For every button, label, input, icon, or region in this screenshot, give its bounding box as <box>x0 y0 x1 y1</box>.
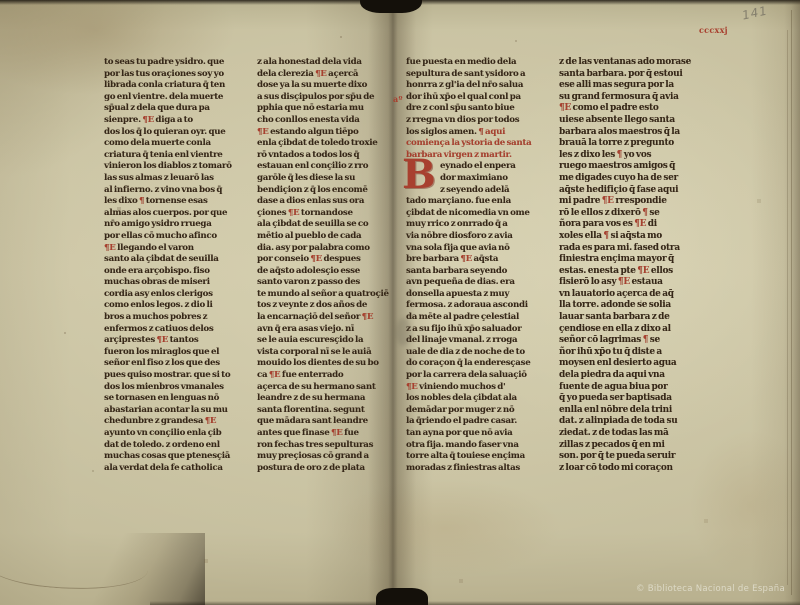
manuscript-line: dor ihū xp̄o el qual conl pa <box>406 92 556 104</box>
manuscript-line: por las tus oraçiones soy yo <box>104 69 252 81</box>
manuscript-line: mētio al pueblo de cada <box>257 231 387 243</box>
manuscript-line: uiese absente llego santa <box>559 115 735 127</box>
parchment-specks <box>0 0 2 2</box>
manuscript-line: me digades cuyo ha de ser <box>559 173 735 185</box>
manuscript-line: z de las ventanas ado morase <box>559 57 735 69</box>
manuscript-line: tos z veynte z dos años de <box>257 300 387 312</box>
manuscript-line: to seas tu padre ysidro. que <box>104 57 252 69</box>
manuscript-line: antes que finase ¶E fue <box>257 428 387 440</box>
manuscript-line: su grand fermosura q̄ avia <box>559 92 735 104</box>
manuscript-line: criatura q̄ tenia enl vientre <box>104 150 252 162</box>
manuscript-line: dat de toledo. z ordeno enl <box>104 440 252 452</box>
manuscript-line: onde era arçobispo. fiso <box>104 266 252 278</box>
manuscript-line: les dixo ¶ tornense esas <box>104 196 252 208</box>
manuscript-line: cho conllos enesta vida <box>257 115 387 127</box>
manuscript-line: santo varon z passo des <box>257 277 387 289</box>
manuscript-line: a sus disçipulos por sp̄u de <box>257 92 387 104</box>
text-column-1: to seas tu padre ysidro. quepor las tus … <box>104 57 252 474</box>
manuscript-line: rō vntados a todos los q̄ <box>257 150 387 162</box>
manuscript-line: como dela muerte conla <box>104 138 252 150</box>
manuscript-line: dia. asy por palabra como <box>257 243 387 255</box>
manuscript-line: señor enl fiso z los que des <box>104 358 252 370</box>
manuscript-line: vn lauatorio açerca de aq̄ <box>559 289 735 301</box>
manuscript-line: pues quiso mostrar. que si to <box>104 370 252 382</box>
manuscript-photo: to seas tu padre ysidro. quepor las tus … <box>0 0 800 605</box>
manuscript-line: da mēte al padre çelestial <box>406 312 556 324</box>
manuscript-line: santa florentina. segunt <box>257 405 387 417</box>
manuscript-line: al infierno. z vino vna bos q̄ <box>104 185 252 197</box>
manuscript-line: ñor ihū xp̄o tu q̄ diste a <box>559 347 735 359</box>
manuscript-line: rō le ellos z dixerō ¶ se <box>559 208 735 220</box>
manuscript-line: lauar santa barbara z de <box>559 312 735 324</box>
manuscript-line: uale de dia z de noche de to <box>406 347 556 359</box>
manuscript-line: librada conla criatura q̄ ten <box>104 80 252 92</box>
manuscript-line: los siglos amen. ¶ aqui <box>406 127 556 139</box>
manuscript-line: sienpre. ¶E diga a to <box>104 115 252 127</box>
manuscript-line: se tornasen en lenguas nō <box>104 393 252 405</box>
manuscript-line: te mundo al señor a quatroçiē <box>257 289 387 301</box>
manuscript-line: demādar por muger z nō <box>406 405 556 417</box>
book-bottom-edge <box>150 601 800 605</box>
manuscript-line: ala çibdat de seuilla se co <box>257 219 387 231</box>
manuscript-line: avn q̄ era asas viejo. nī <box>257 324 387 336</box>
manuscript-line: ñora para vos es ¶E di <box>559 219 735 231</box>
manuscript-line: q̄ yo pueda ser baptisada <box>559 393 735 405</box>
manuscript-line: enlla enl nōbre dela trini <box>559 405 735 417</box>
manuscript-line: tan ayna por que nō avia <box>406 428 556 440</box>
manuscript-line: dela piedra da aqui vna <box>559 370 735 382</box>
manuscript-line: ruego maestros amigos q̄ <box>559 161 735 173</box>
manuscript-line: pphia que nō estaria mu <box>257 103 387 115</box>
manuscript-line: la q̄riendo el padre casar. <box>406 416 556 428</box>
manuscript-line: enla çibdat de toledo troxie <box>257 138 387 150</box>
manuscript-line: sepultura de sant ysidoro a <box>406 69 556 81</box>
manuscript-line: honrra z gl'ia del nr̄o salua <box>406 80 556 92</box>
manuscript-line: muy preçiosas cō grand a <box>257 451 387 463</box>
manuscript-line: donsella apuesta z muy <box>406 289 556 301</box>
manuscript-line: z ala honestad dela vida <box>257 57 387 69</box>
manuscript-line: açerca de su hermano sant <box>257 382 387 394</box>
manuscript-line: vinieron los diablos z tomarō <box>104 161 252 173</box>
manuscript-line: dela clerezia ¶E açercā <box>257 69 387 81</box>
manuscript-line: ¶E viniendo muchos d' <box>406 382 556 394</box>
parchment-stain <box>330 478 560 578</box>
manuscript-line: muchas cosas que ptenesçiā <box>104 451 252 463</box>
manuscript-line: brauā la torre z pregunto <box>559 138 735 150</box>
manuscript-line: aq̄ste hedifiçio q̄ fase aqui <box>559 185 735 197</box>
manuscript-line: señor cō lagrimas ¶ se <box>559 335 735 347</box>
manuscript-line: fueron los miraglos que el <box>104 347 252 359</box>
manuscript-line: estauan enl conçilio z rro <box>257 161 387 173</box>
manuscript-line: bros a muchos pobres z <box>104 312 252 324</box>
manuscript-line: leandre z de su hermana <box>257 393 387 405</box>
manuscript-line: arçiprestes ¶E tantos <box>104 335 252 347</box>
manuscript-line: dre z conl sp̄u santo biue <box>406 103 556 115</box>
manuscript-line: ¶E como el padre esto <box>559 103 735 115</box>
manuscript-line: abastarian acontar la su mu <box>104 405 252 417</box>
manuscript-line: dat. z alinpiada de toda su <box>559 416 735 428</box>
fore-edge-line <box>791 10 792 595</box>
manuscript-line: xoles ella ¶ si aq̄sta mo <box>559 231 735 243</box>
manuscript-line: por ellas cō mucho afinco <box>104 231 252 243</box>
manuscript-line: z rregna vn dios por todos <box>406 115 556 127</box>
manuscript-line: bre barbara ¶E aq̄sta <box>406 254 556 266</box>
manuscript-line: la encarnaçiō del señor ¶E <box>257 312 387 324</box>
manuscript-line: mouido los dientes de su bo <box>257 358 387 370</box>
manuscript-line: ca ¶E fue enterrado <box>257 370 387 382</box>
manuscript-line: garōle q̄ les diese la su <box>257 173 387 185</box>
manuscript-line: fue puesta en medio dela <box>406 57 556 69</box>
manuscript-line: muchas obras de miseri <box>104 277 252 289</box>
manuscript-line: dase a dios enlas sus ora <box>257 196 387 208</box>
manuscript-line: avn pequeña de dias. era <box>406 277 556 289</box>
manuscript-line: vista corporal nī se le auiā <box>257 347 387 359</box>
manuscript-line: fuente de agua biua por <box>559 382 735 394</box>
manuscript-line: çendiose en ella z dixo al <box>559 324 735 336</box>
manuscript-line: santo ala çibdat de seuilla <box>104 254 252 266</box>
folio-number-red: cccxxj <box>699 25 728 35</box>
manuscript-line: z loar cō todo mi coraçon <box>559 463 735 475</box>
manuscript-line: las sus almas z leuarō las <box>104 173 252 185</box>
manuscript-line: comiença la ystoria de santa <box>406 138 556 150</box>
manuscript-line: almas alos cuerpos. por que <box>104 208 252 220</box>
manuscript-line: nr̄o amigo ysidro rruega <box>104 219 252 231</box>
manuscript-line: del linaje vmanal. z rroga <box>406 335 556 347</box>
manuscript-line: fisierō lo asy ¶E estaua <box>559 277 735 289</box>
gutter-smudge <box>396 318 411 346</box>
manuscript-line: por la carrera dela saluaçiō <box>406 370 556 382</box>
manuscript-line: santa barbara seyendo <box>406 266 556 278</box>
manuscript-line: dos los mienbros vmanales <box>104 382 252 394</box>
manuscript-line: z a su fijo ihū xp̄o saluador <box>406 324 556 336</box>
illuminated-initial: B <box>402 158 436 192</box>
manuscript-line: moradas z finiestras altas <box>406 463 556 475</box>
library-watermark: © Biblioteca Nacional de España <box>636 584 785 594</box>
manuscript-line: vna sola fija que avia nō <box>406 243 556 255</box>
manuscript-line: via nōbre diosforo z avia <box>406 231 556 243</box>
manuscript-line: ala verdat dela fe catholica <box>104 463 252 475</box>
text-column-3: fue puesta en medio delasepultura de san… <box>406 57 556 474</box>
manuscript-line: santa barbara. por q̄ estoui <box>559 69 735 81</box>
manuscript-line: ese alli mas segura por la <box>559 80 735 92</box>
manuscript-line: torre alta q̄ touiese ençima <box>406 451 556 463</box>
manuscript-line: bendiçion z q̄ los encomē <box>257 185 387 197</box>
manuscript-line: mi padre ¶E rrespondie <box>559 196 735 208</box>
fore-edge-line <box>787 30 788 585</box>
manuscript-line: chedunbre z grandesa ¶E <box>104 416 252 428</box>
manuscript-line: lla torre. adonde se solia <box>559 300 735 312</box>
manuscript-line: cordia asy enlos clerigos <box>104 289 252 301</box>
spine-notch-top <box>360 0 422 13</box>
manuscript-line: por conseio ¶E despues <box>257 254 387 266</box>
manuscript-line: çiones ¶E tornandose <box>257 208 387 220</box>
manuscript-line: como enlos legos. z dio li <box>104 300 252 312</box>
manuscript-line: muy rrico z onrrado q̄ a <box>406 219 556 231</box>
manuscript-line: rada es para mi. fased otra <box>559 243 735 255</box>
manuscript-line: sp̄ual z dela que dura pa <box>104 103 252 115</box>
manuscript-line: do coraçon q̄ la enderesçase <box>406 358 556 370</box>
manuscript-line: ayunto vn conçilio enla çib <box>104 428 252 440</box>
manuscript-line: moysen enl desierto agua <box>559 358 735 370</box>
manuscript-line: dos los q̄ lo quieran oyr. que <box>104 127 252 139</box>
manuscript-line: fermosa. z adoraua ascondi <box>406 300 556 312</box>
manuscript-line: barbara alos maestros q̄ la <box>559 127 735 139</box>
manuscript-line: çibdat de nicomedia vn ome <box>406 208 556 220</box>
manuscript-line: dose ya la su muerte dixo <box>257 80 387 92</box>
manuscript-line: zillas z pecados q̄ en mi <box>559 440 735 452</box>
manuscript-line: ziedat. z de todas las mā <box>559 428 735 440</box>
manuscript-line: estas. enesta pte ¶E ellos <box>559 266 735 278</box>
manuscript-line: que mādara sant leandre <box>257 416 387 428</box>
manuscript-line: finiestra ençima mayor q̄ <box>559 254 735 266</box>
manuscript-line: los nobles dela çibdat ala <box>406 393 556 405</box>
text-column-4: z de las ventanas ado morasesanta barbar… <box>559 57 735 474</box>
manuscript-line: enfermos z catiuos delos <box>104 324 252 336</box>
manuscript-line: postura de oro z de plata <box>257 463 387 475</box>
text-column-2: z ala honestad dela vidadela clerezia ¶E… <box>257 57 387 474</box>
manuscript-line: se le auia escuresçido la <box>257 335 387 347</box>
manuscript-line: ron fechas tres sepulturas <box>257 440 387 452</box>
manuscript-line: ¶E estando algun tiēpo <box>257 127 387 139</box>
manuscript-line: otra fija. mando faser vna <box>406 440 556 452</box>
gutter-annotation-red: aº <box>393 94 403 104</box>
manuscript-line: les z dixo les ¶ yo vos <box>559 150 735 162</box>
manuscript-line: son. por q̄ te pueda seruir <box>559 451 735 463</box>
manuscript-line: ¶E llegando el varon <box>104 243 252 255</box>
manuscript-line: de aq̄sto adolesçio esse <box>257 266 387 278</box>
manuscript-line: go enl vientre. dela muerte <box>104 92 252 104</box>
